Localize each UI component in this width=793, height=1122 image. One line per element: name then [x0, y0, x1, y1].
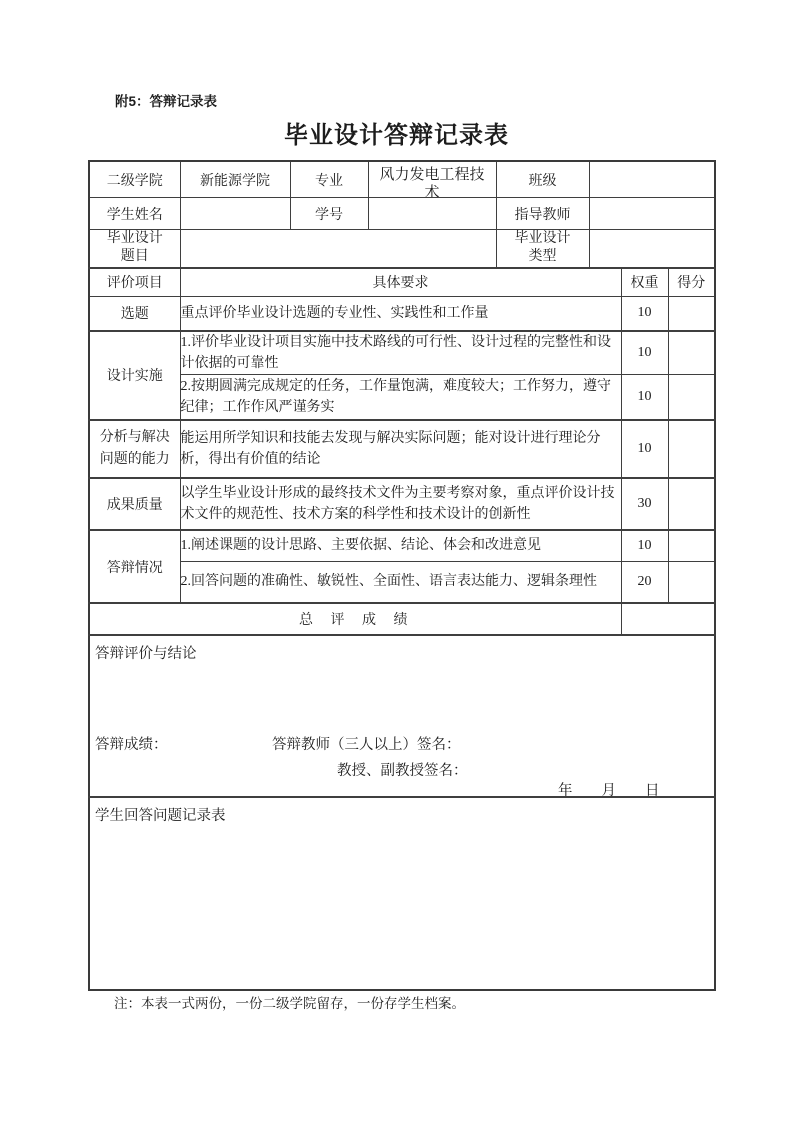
- conclusion-section-label: 答辩评价与结论: [95, 642, 197, 663]
- header-requirement: 具体要求: [180, 268, 621, 297]
- table-row: 2.按期圆满完成规定的任务，工作量饱满，难度较大；工作努力，遵守纪律；工作作风严…: [89, 374, 715, 420]
- table-row: 2.回答问题的准确性、敏锐性、全面性、语言表达能力、逻辑条理性 20: [89, 561, 715, 603]
- defense-record-table: 二级学院 新能源学院 专业 风力发电工程技术 班级 学生姓名 学号 指导教师 毕…: [88, 160, 716, 991]
- college-label: 二级学院: [89, 161, 180, 198]
- category-label: 成果质量: [89, 478, 180, 530]
- table-row: 分析与解决问题的能力 能运用所学知识和技能去发现与解决实际问题；能对设计进行理论…: [89, 420, 715, 478]
- student-id-value: [368, 198, 496, 230]
- category-label: 设计实施: [89, 331, 180, 421]
- conclusion-cell: 答辩评价与结论 答辩成绩： 答辩教师（三人以上）签名： 教授、副教授签名： 年 …: [89, 635, 715, 797]
- weight-value: 10: [621, 374, 668, 420]
- weight-value: 10: [621, 530, 668, 561]
- info-row-college: 二级学院 新能源学院 专业 风力发电工程技术 班级: [89, 161, 715, 198]
- date-label: 年 月 日: [558, 779, 660, 797]
- score-cell: [668, 297, 715, 331]
- major-label: 专业: [290, 161, 368, 198]
- total-score-value: [621, 603, 715, 635]
- student-id-label: 学号: [290, 198, 368, 230]
- project-type-value: [589, 230, 715, 268]
- footnote: 注：本表一式两份，一份二级学院留存，一份存学生档案。: [114, 992, 465, 1012]
- evaluation-header-row: 评价项目 具体要求 权重 得分: [89, 268, 715, 297]
- header-weight: 权重: [621, 268, 668, 297]
- class-value: [589, 161, 715, 198]
- class-label: 班级: [496, 161, 589, 198]
- table-row: 选题 重点评价毕业设计选题的专业性、实践性和工作量 10: [89, 297, 715, 331]
- requirement-text: 1.阐述课题的设计思路、主要依据、结论、体会和改进意见: [180, 530, 621, 561]
- total-score-row: 总 评 成 绩: [89, 603, 715, 635]
- project-title-label: 毕业设计题目: [89, 230, 180, 268]
- category-label: 选题: [89, 297, 180, 331]
- defense-score-label: 答辩成绩：: [95, 733, 168, 754]
- advisor-value: [589, 198, 715, 230]
- score-cell: [668, 561, 715, 603]
- qa-record-cell: 学生回答问题记录表: [89, 797, 715, 990]
- score-cell: [668, 331, 715, 375]
- category-label: 分析与解决问题的能力: [89, 420, 180, 478]
- table-row: 成果质量 以学生毕业设计形成的最终技术文件为主要考察对象，重点评价设计技术文件的…: [89, 478, 715, 530]
- requirement-text: 以学生毕业设计形成的最终技术文件为主要考察对象，重点评价设计技术文件的规范性、技…: [180, 478, 621, 530]
- major-value: 风力发电工程技术: [375, 162, 489, 197]
- project-type-label: 毕业设计类型: [496, 230, 589, 268]
- weight-value: 30: [621, 478, 668, 530]
- requirement-text: 2.按期圆满完成规定的任务，工作量饱满，难度较大；工作努力，遵守纪律；工作作风严…: [180, 374, 621, 420]
- score-cell: [668, 530, 715, 561]
- requirement-text: 2.回答问题的准确性、敏锐性、全面性、语言表达能力、逻辑条理性: [180, 561, 621, 603]
- weight-value: 10: [621, 297, 668, 331]
- page-title: 毕业设计答辩记录表: [0, 115, 793, 150]
- qa-section-label: 学生回答问题记录表: [95, 804, 226, 825]
- info-row-project: 毕业设计题目 毕业设计类型: [89, 230, 715, 268]
- weight-value: 10: [621, 420, 668, 478]
- info-row-student: 学生姓名 学号 指导教师: [89, 198, 715, 230]
- score-cell: [668, 420, 715, 478]
- table-row: 设计实施 1.评价毕业设计项目实施中技术路线的可行性、设计过程的完整性和设计依据…: [89, 331, 715, 375]
- requirement-text: 能运用所学知识和技能去发现与解决实际问题；能对设计进行理论分析，得出有价值的结论: [180, 420, 621, 478]
- document-page: 附5：答辩记录表 毕业设计答辩记录表 二级学院 新能源学院 专业 风力发电工程技…: [0, 0, 793, 1122]
- requirement-text: 1.评价毕业设计项目实施中技术路线的可行性、设计过程的完整性和设计依据的可靠性: [180, 331, 621, 375]
- major-value-cell: 风力发电工程技术: [368, 161, 496, 198]
- header-score: 得分: [668, 268, 715, 297]
- weight-value: 10: [621, 331, 668, 375]
- project-title-value: [180, 230, 496, 268]
- qa-record-row: 学生回答问题记录表: [89, 797, 715, 990]
- student-name-label: 学生姓名: [89, 198, 180, 230]
- teachers-signature-label: 答辩教师（三人以上）签名：: [272, 733, 461, 754]
- category-label: 答辩情况: [89, 530, 180, 603]
- conclusion-row: 答辩评价与结论 答辩成绩： 答辩教师（三人以上）签名： 教授、副教授签名： 年 …: [89, 635, 715, 797]
- total-score-label: 总 评 成 绩: [89, 603, 621, 635]
- score-cell: [668, 478, 715, 530]
- student-name-value: [180, 198, 290, 230]
- college-value: 新能源学院: [180, 161, 290, 198]
- score-cell: [668, 374, 715, 420]
- professor-signature-label: 教授、副教授签名：: [337, 759, 468, 780]
- header-item: 评价项目: [89, 268, 180, 297]
- advisor-label: 指导教师: [496, 198, 589, 230]
- weight-value: 20: [621, 561, 668, 603]
- requirement-text: 重点评价毕业设计选题的专业性、实践性和工作量: [180, 297, 621, 331]
- attachment-label: 附5：答辩记录表: [115, 90, 217, 110]
- table-row: 答辩情况 1.阐述课题的设计思路、主要依据、结论、体会和改进意见 10: [89, 530, 715, 561]
